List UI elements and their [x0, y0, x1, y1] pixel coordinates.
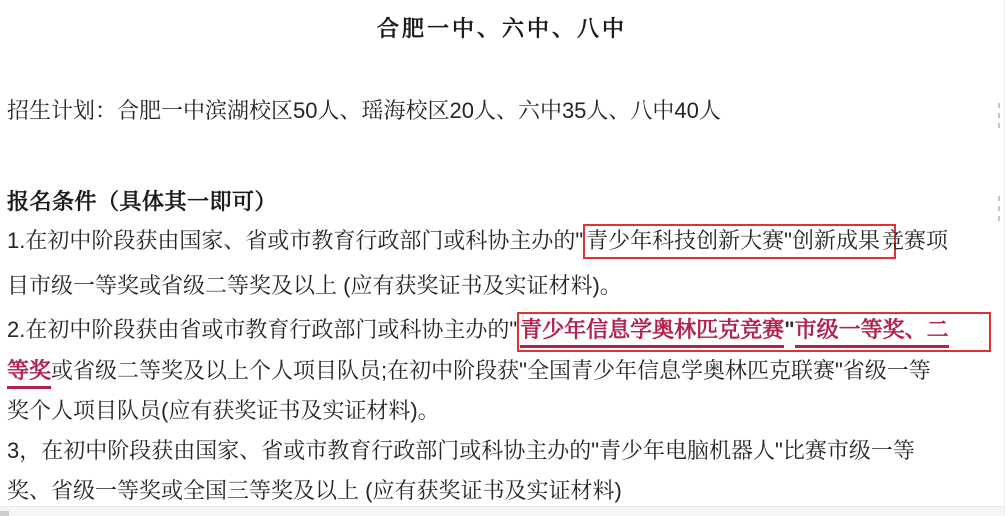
requirement-2-text-rest: 或省级二等奖及以上个人项目队员;在初中阶段获"全国青少年信息学奥林匹克联赛"省级… [51, 358, 931, 383]
requirement-1-text: 1.在初中阶段获由国家、省或市教育行政部门或科协主办的" [7, 228, 583, 253]
requirement-line-1: 1.在初中阶段获由国家、省或市教育行政部门或科协主办的"青少年科技创新大赛"创新… [7, 227, 948, 254]
enrollment-plan-text: 招生计划：合肥一中滨湖校区50人、瑶海校区20人、六中35人、八中40人 [7, 97, 721, 124]
highlighted-award-level-continued: 等奖 [7, 358, 51, 389]
requirements-heading: 报名条件（具体其一即可） [7, 188, 277, 215]
next-row-edge [0, 506, 1005, 516]
right-edge-mark [998, 206, 1000, 211]
requirement-line-2: 目市级一等奖或省级二等奖及以上 (应有获奖证书及实证材料)。 [7, 272, 622, 299]
admission-notice-document: 合肥一中、六中、八中 招生计划：合肥一中滨湖校区50人、瑶海校区20人、六中35… [0, 0, 1005, 516]
requirement-1-text-after-box: 竞赛项 [882, 228, 948, 253]
right-edge-mark [998, 123, 1000, 128]
requirement-line-6: 3，在初中阶段获由国家、省或市教育行政部门或科协主办的"青少年电脑机器人"比赛市… [7, 437, 915, 464]
right-edge-mark [998, 196, 1000, 201]
requirement-2-text: 2.在初中阶段获由省或市教育行政部门或科协主办的" [7, 317, 517, 342]
highlighted-award-level: 市级一等奖、二 [795, 317, 949, 348]
right-edge-mark [998, 113, 1000, 118]
red-annotation-box-2: 青少年信息学奥林匹克竞赛"市级一等奖、二 [517, 312, 990, 352]
page-title: 合肥一中、六中、八中 [0, 16, 1004, 42]
right-edge-mark [998, 216, 1000, 221]
red-annotation-box-1: 青少年科技创新大赛"创新成果 [583, 224, 896, 259]
quote-mark: " [784, 317, 794, 342]
right-edge-mark [998, 103, 1000, 108]
highlighted-contest-name: 青少年信息学奥林匹克竞赛 [520, 317, 784, 348]
requirement-line-7: 奖、省级一等奖或全国三等奖及以上 (应有获奖证书及实证材料) [7, 477, 622, 504]
requirement-line-5: 奖个人项目队员(应有获奖证书及实证材料)。 [7, 397, 440, 424]
requirement-line-3: 2.在初中阶段获由省或市教育行政部门或科协主办的"青少年信息学奥林匹克竞赛"市级… [7, 316, 951, 343]
bottom-left-corner-mark [0, 511, 9, 516]
requirement-line-4: 等奖或省级二等奖及以上个人项目队员;在初中阶段获"全国青少年信息学奥林匹克联赛"… [7, 357, 931, 384]
